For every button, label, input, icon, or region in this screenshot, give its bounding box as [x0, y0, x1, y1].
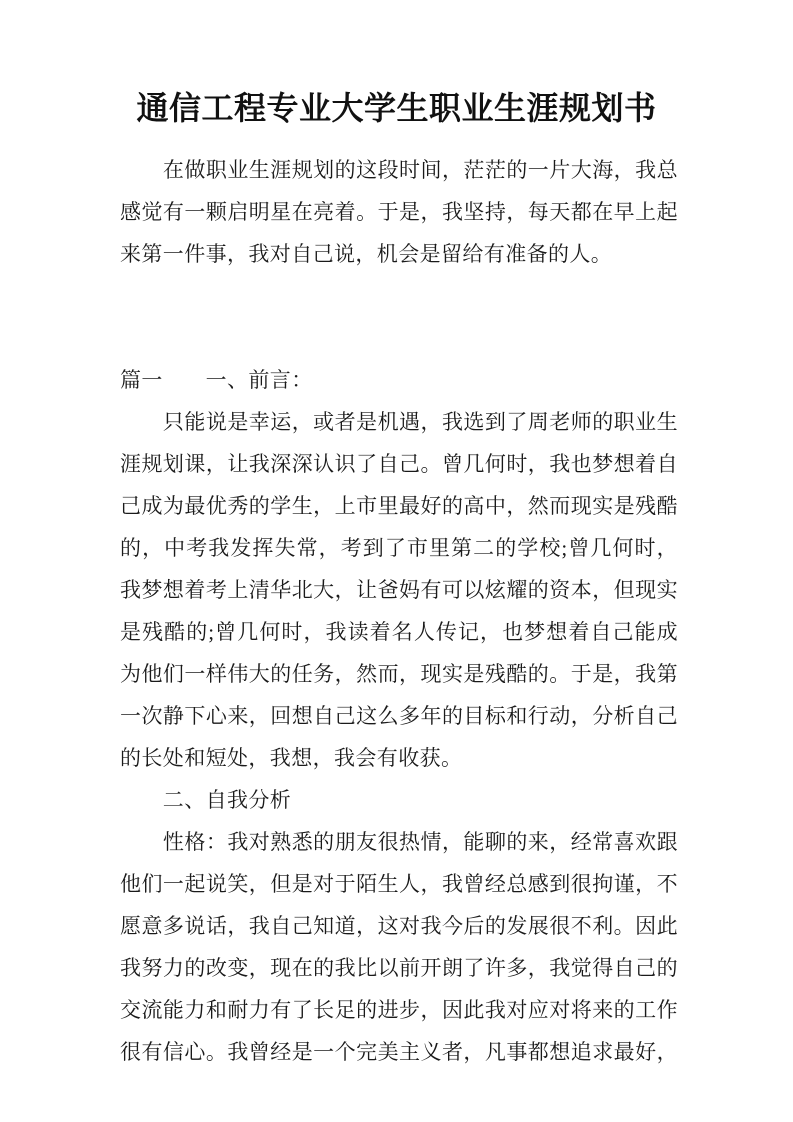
- section-heading: 篇一 一、前言：: [120, 359, 678, 401]
- text-line: 性格：我对熟悉的朋友很热情，能聊的来，经常喜欢跟: [120, 821, 678, 863]
- paragraph-gap: [120, 275, 678, 359]
- text-line: 为他们一样伟大的任务，然而，现实是残酷的。于是，我第: [120, 653, 678, 695]
- text-line: 涯规划课，让我深深认识了自己。曾几何时，我也梦想着自: [120, 443, 678, 485]
- document-body: 在做职业生涯规划的这段时间，茫茫的一片大海，我总感觉有一颗启明星在亮着。于是，我…: [120, 149, 678, 1073]
- text-line: 愿意多说话，我自己知道，这对我今后的发展很不利。因此: [120, 905, 678, 947]
- text-line: 的长处和短处，我想，我会有收获。: [120, 737, 678, 779]
- text-line: 来第一件事，我对自己说，机会是留给有准备的人。: [120, 233, 678, 275]
- section-heading: 二、自我分析: [120, 779, 678, 821]
- text-line: 己成为最优秀的学生，上市里最好的高中，然而现实是残酷: [120, 485, 678, 527]
- text-line: 我梦想着考上清华北大，让爸妈有可以炫耀的资本，但现实: [120, 569, 678, 611]
- text-line: 只能说是幸运，或者是机遇，我选到了周老师的职业生: [120, 401, 678, 443]
- text-line: 他们一起说笑，但是对于陌生人，我曾经总感到很拘谨，不: [120, 863, 678, 905]
- text-line: 很有信心。我曾经是一个完美主义者，凡事都想追求最好，: [120, 1031, 678, 1073]
- text-line: 交流能力和耐力有了长足的进步，因此我对应对将来的工作: [120, 989, 678, 1031]
- document-title: 通信工程专业大学生职业生涯规划书: [0, 86, 793, 131]
- text-line: 我努力的改变，现在的我比以前开朗了许多，我觉得自己的: [120, 947, 678, 989]
- document-page: 通信工程专业大学生职业生涯规划书 在做职业生涯规划的这段时间，茫茫的一片大海，我…: [0, 0, 793, 1122]
- text-line: 感觉有一颗启明星在亮着。于是，我坚持，每天都在早上起: [120, 191, 678, 233]
- text-line: 的，中考我发挥失常，考到了市里第二的学校;曾几何时，: [120, 527, 678, 569]
- text-line: 在做职业生涯规划的这段时间，茫茫的一片大海，我总: [120, 149, 678, 191]
- text-line: 是残酷的;曾几何时，我读着名人传记，也梦想着自己能成: [120, 611, 678, 653]
- text-line: 一次静下心来，回想自己这么多年的目标和行动，分析自己: [120, 695, 678, 737]
